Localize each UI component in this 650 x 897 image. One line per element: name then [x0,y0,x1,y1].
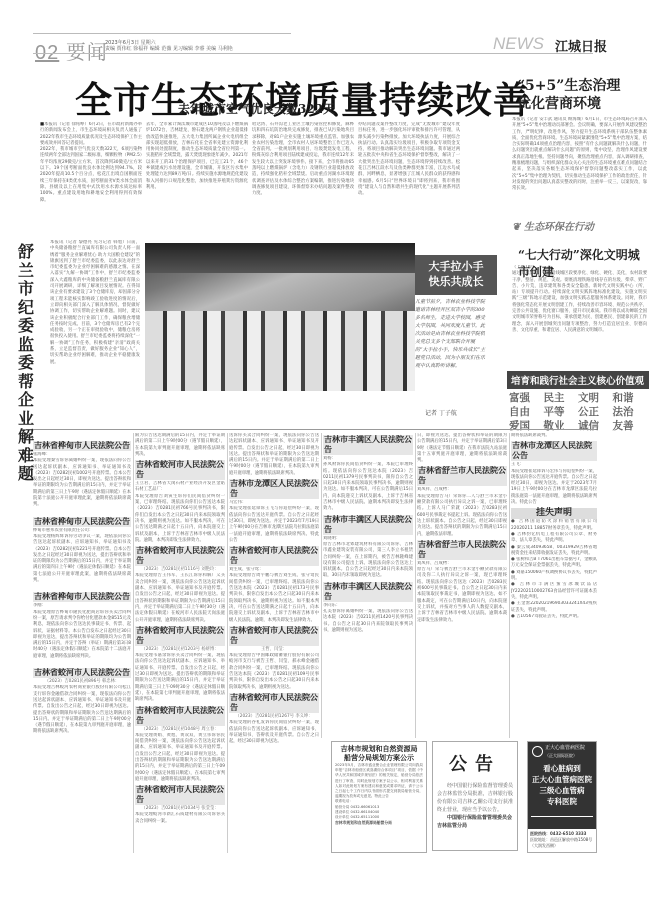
notice-body: 本院受理崔延锋诉王飞与你追偿纠纷一案，现依法向你公告送达开庭传票。自公告之日起经… [229,506,319,544]
planning-signature: 吉林市规划和自然资源局船营分局 [335,820,423,825]
photo-ceiling [145,243,415,273]
notice-title: 吉林省桦甸市人民法院公告 [33,592,131,602]
value-item: 敬业 [544,419,579,433]
notice-title: 吉林市龙潭区人民法院公告 [511,441,597,461]
lost-item-text: 刘嘉150060产权调换协议书丢失，特此声明。 [511,570,597,581]
notice-body: 原告马广荣与被告舒兰市禾金小额贷款有限公司及你二人执行异议之诉一案，现已审理终结… [417,567,507,624]
leaf-icon: ❦ [512,222,520,233]
notices-column-2: 限为公告送达期满后的15日内，并定于举证期满后的第二日上午9时00分（遇节假日顺… [135,433,225,853]
lost-item-text: 吉林市丰满区蜜雪冰城饮品店JY22202110002763食品经营许可证副本丢失… [511,582,597,600]
notice-body: 本院受理杨辉辉诉你劳动争议一案，现依法向你公告送达起诉状副本、应诉通知书、举证通… [33,534,131,584]
lead-paragraph: 2022年，我市城市空气优良天数322天，6项污染物连续两年全部达到国家二级标准… [40,147,142,202]
notice-title: 吉林市龙潭区人民法院公告 [229,479,319,499]
notice-body: 本院受理原告刘寅生诉你们民间借贷纠纷一案，已审理终结。现依法向你们公告送达本院（… [135,494,225,544]
lost-notice-item: ● 王金蕾220202196903033241X43残疾证丢失，特此声明。 [511,601,597,614]
ecg-line-icon [531,809,593,817]
notices-column-1: 吉林省桦甸市人民法院公告 张海峰： 本院受理秦雪诉你离婚纠纷一案，现依法向你公告… [33,433,131,741]
notice-body: 本院受理原告王伟军、王长江诉你和解广义买卖合同纠纷一案，现依法向你公告送达起诉状… [135,573,225,623]
notice-title: 吉林省蛟河市人民法院公告 [135,626,225,646]
notices-column-4: 吉林市丰满区人民法院公告 刘杨： 孙凤财诉你民间借贷纠纷一案，本院已审理终结。现… [323,433,413,738]
hospital-slogan-4: 专科医院 [531,796,593,807]
planning-title-line1: 吉林市规划和自然资源局 [335,745,423,754]
notice-title: 吉林省蛟河市人民法院公告 [135,460,225,480]
notice-title: 吉林省蛟河市人民法院公告 [135,546,225,566]
notice-body: 原告吉林市北郊建筑材料有限公司诉你、吉林市鑫业建筑安装有限公司，第三人李立书租赁… [323,542,413,580]
column-rule [227,433,228,853]
edition-meta: 2023年6月3日 星期六 责编 贾伟红 徐福祥 编辑 范薇 见习编辑 李睿 美… [105,40,233,52]
notice-body: 本院受理崔延锋诉马宏伟与你追偿纠纷一案，现依法向你公告送达开庭传票。自公告之日起… [511,469,597,507]
value-item: 民主 [544,391,579,405]
notice-title: 吉林市丰满区人民法院公告 [323,435,413,455]
hospital-slogan-2: 正大心血管病医院 [531,774,593,785]
photo-title-line1: 大手拉小手 [421,259,491,274]
notice-title: 吉林省蛟河市人民法院公告 [229,626,319,646]
value-item: 文明 [578,391,613,405]
eco-action-banner: ❦ 生态环保在行动 [512,218,594,233]
lead-paragraph: 哈达湾、石井沟老工业区土壤污染管控和修复，麻桦坑和四石坑防治地块完成修复，排查已… [252,122,354,196]
hospital-name: 正大心血管病医院 [545,745,593,752]
notice-body: 本院受理韦嘉余诉你买卖合同纠纷一案，现依法向你公告送达起诉状副本、应诉通知书、举… [135,653,225,703]
hospital-contact: 医院热线：0432-6510 3333 医院地址：昌邑区解放中路1508号（大润… [528,829,596,851]
notice-continued: 日，即视为送达。提出答辩状和举证的期限为公告期满后的15日内，并定于举证期满后第… [417,433,507,464]
notice-title: 吉林省蛟河市人民法院公告 [135,706,225,726]
notice-body: 本院受理黄娟、黄旭、黄双双、黄立伟诉你民间借贷纠纷一案，现依法向你公告送达起诉状… [135,733,225,783]
eco-banner-text: 生态环保在行动 [524,222,594,233]
section-divider [33,429,595,430]
value-item: 自由 [509,405,544,419]
lead-subheadline: 去年城市空气优良天数322天 [178,100,335,117]
notice-title: 吉林省蛟河市人民法院公告 [33,668,131,678]
value-item: 爱国 [509,419,544,433]
lost-item-text: 秦云成34093658、00319929吉林省地税资金往来结算收据发证丢失，特此… [511,545,597,556]
hotline-label: 医院热线： [530,831,550,836]
notice-title: 吉林省舒兰市人民法院公告 [417,466,507,486]
news-label: NEWS [493,34,544,54]
hospital-ad-banner: 正大心血管病医院 （正大国际医院） 看心脏病到 正大心血管病医院 三级心血管病 … [528,742,596,829]
lost-item-text: 王金蕾220202196903033241X43残疾证丢失，特此声明。 [511,601,597,612]
notice-body: 本院受理蛟河市新汇石质建材有限公司诉你买卖合同纠纷一案。 [135,812,225,825]
lost-notice-item: ● 张树和吉B T7061出租车票据号7，金额贰万元安全保证金票据丢失，特此声明… [511,557,597,570]
value-item: 诚信 [578,419,613,433]
header-rule-bottom [33,53,593,54]
side-headline-line2: 优化营商环境 [517,95,647,113]
notices-column-3: 送诉你买卖合同纠纷一案，现依法向你公告送达起诉状副本、应诉通知书、举证通知书及开… [229,433,319,853]
lost-item-text: 吉林国道防火涂料销售有限公司22020211 18857财务章丢失，特此声明。 [511,519,597,530]
hospital-slogan-1: 看心脏病到 [531,763,593,774]
notice-body: 本院受理原告周宇鹏与被告刘生成、张守莺民间借贷纠纷一案，已审理终结。现依法向你公… [229,573,319,623]
hotline-number: 0432-6510 3333 [550,831,586,836]
core-values-box: 培育和践行社会主义核心价值观 富强 民主 文明 和谐 自由 平等 公正 法治 爱… [507,371,649,435]
core-values-title: 培育和践行社会主义核心价值观 [507,371,649,389]
lost-notice-item: ● 刘嘉150060产权调换协议书丢失，特此声明。 [511,570,597,583]
lead-column-1: ■本报讯（记者 徐铭峥）6月2日，在市政府新闻办举行的新闻发布会上，市生态环境局… [40,122,142,230]
hospital-logo-icon [532,746,543,757]
lead-column-2: 去年，全市累计淘汰城市建成区10蒸吨及以下燃煤锅炉1072台，吉林建龙、磐石建龙… [146,122,248,230]
notice-body: 本院受理吉林蛟河农村商业银行股份有限公司松江支行诉你金融借款合同纠纷一案，现依法… [33,685,131,735]
lead-byline: 本报讯（记者 徐铭峥）6月2日，在市政府新闻办举行的新闻发布会上，市生态环境局相… [40,122,142,146]
notice-continued: 送诉你买卖合同纠纷一案，现依法向你公告送达起诉状副本、应诉通知书、举证通知书及开… [229,433,319,477]
hospital-ad: 正大心血管病医院 （正大国际医院） 看心脏病到 正大心血管病医院 三级心血管病 … [527,741,597,853]
notice-body: 本院受理原告桦甸市隆民化肥商店诉你买卖合同纠纷一案，原告请求判令你给付化肥款本金… [33,610,131,660]
column-rule [415,433,416,738]
lost-item-text: 吉林豹亿机电工程有限公司公章、财务章、法人章丢失，特此声明。 [511,532,597,543]
shulan-body: 本报讯（记者 黎德亮 见习记者 韩旭）日前，中央储备粮舒兰直属库有限公司负责人将… [50,240,140,426]
lead-paragraph: 去年，全市累计淘汰城市建成区10蒸吨及以下燃煤锅炉1072台，吉林建龙、磐石建龙… [146,122,248,190]
notices-column-5: 日，即视为送达。提出答辩状和举证的期限为公告期满后的15日内，并定于举证期满后第… [417,433,507,738]
side-story-headline: “5+5”生态治理 优化营商环境 [517,77,647,113]
lost-notice-item: ● 吉林市丰满区蜜雪冰城饮品店JY22202110002763食品经营许可证副本… [511,582,597,601]
announcement-box: 公告 经中国银行保险监督管理委员会吉林监管分局批准，吉林银行股份有限公司吉林乙酮… [432,741,518,851]
continued-note: （上接1版） [512,265,536,270]
notice-addressee: 王立君、吉林省天岗石材产业经济开发区金皓石材工艺品厂： [135,481,225,494]
photo-title-line2: 快乐共成长 [421,274,491,289]
notice-title: 吉林省桦甸市人民法院公告 [33,441,131,451]
planning-title: 吉林市规划和自然资源局 船营分局规划方案公示 [335,745,423,763]
address-label: 医院地址： [530,837,550,842]
notices-column-6: 期将依法缺席裁判。 吉林市龙潭区人民法院公告 王飞： 本院受理崔延锋诉马宏伟与你… [511,433,597,738]
page-section: 02 要闻 [35,36,108,65]
news-photo-children-museum [145,243,415,391]
side-headline-line1: “5+5”生态治理 [517,77,647,95]
lead-paragraph: 办结问题及案件整改力度，完成“无废城市”建设年度目标任务，进一步强化环评审批和排… [358,122,460,196]
planning-body: 2023年5月，吉林市盛业聚合企业管理有限公司向我局申报“吉林市船营区欢喜湖综合… [335,763,423,799]
photo-reporter: 记者 丁子航 [425,408,457,417]
planning-title-line2: 船营分局规划方案公示 [335,754,423,763]
civilization-body: （上接1版） 通过专项治理，铁路沿线城区段要净化、绿化、硬化、美化，农村段要干净… [512,265,647,369]
value-item: 公正 [578,405,613,419]
planning-notice-box: 吉林市规划和自然资源局 船营分局规划方案公示 2023年5月，吉林市盛业聚合企业… [331,741,427,853]
column-rule [321,433,322,738]
value-item: 富强 [509,391,544,405]
editor-credits: 责编 贾伟红 徐福祥 编辑 范薇 见习编辑 李睿 美编 马利艳 [105,46,233,52]
announcement-signature: 中国银行保险监督管理委员会吉林监管分局 [437,814,513,830]
lost-notice-item: ● 秦云成34093658、00319929吉林省地税资金往来结算收据发证丢失，… [511,545,597,558]
column-rule [133,433,134,853]
photo-feature-title: 大手拉小手 快乐共成长 [415,255,497,295]
notice-title: 吉林省蛟河市人民法院公告 [229,693,319,713]
notice-title: 吉林省舒兰市人民法院公告 [417,540,507,560]
lead-column-3: 哈达湾、石井沟老工业区土壤污染管控和修复，麻桦坑和四石坑防治地块完成修复，排查已… [252,122,354,230]
photo-caption: 儿童节前夕，吉林农业科技学院邀请吉林经开区双吉小学的300多名师生，走进大学校园… [415,298,487,370]
notice-addressee: （2023）吉0281民初1048号 周立春： [135,727,225,733]
lead-column-4: 办结问题及案件整改力度，完成“无废城市”建设年度目标任务，进一步强化环评审批和排… [358,122,460,230]
hospital-name-sub: （正大国际医院） [545,752,593,759]
value-item: 法治 [613,405,648,419]
notice-body: 本院受理原告中国邮政储蓄银行股份有限公司蛟河市支行与被告王哲、闫莹、郝永峰金融借… [229,653,319,691]
notice-body: 孔美春诉你离婚纠纷一案，现依法向你公告送达本院（2023）吉0211民初1420… [323,609,413,634]
value-item: 友善 [613,419,648,433]
lost-item-text: 张树和吉B T7061出租车票据号7，金额贰万元安全保证金票据丢失，特此声明。 [511,557,597,568]
lost-notice-title: 挂失声明 [511,508,597,519]
value-item: 和谐 [613,391,648,405]
notice-body: 孙凤财诉你民间借贷纠纷一案，本院已审理终结。现依法向你公告送达本院（2023）吉… [323,462,413,512]
notice-title: 吉林省蛟河市人民法院公告 [229,546,319,566]
civilization-text: 通过专项治理，铁路沿线城区段要净化、绿化、硬化、美化，农村段要干净、整洁、规范、… [512,271,647,333]
column-rule [509,433,510,738]
notice-body: 本院受理原告马广荣诉你二人与舒兰市禾金小额贷款有限公司执行异议之诉一案，已审理终… [417,494,507,538]
notice-body: 本院受理的谷礼发诉你民间借贷纠纷一案，现依法向你公告送达起诉状副本、应诉通知书、… [229,720,319,745]
announcement-title: 公告 [437,750,513,776]
notice-title: 吉林市丰满区人民法院公告 [323,582,413,602]
notice-title: 吉林省桦甸市人民法院公告 [33,517,131,527]
side-story-body: 本报讯（记者 安丰武 通讯员 顾海城）6月1日，市生态环境局召开深入开展“5+5… [512,117,647,215]
notice-title: 吉林市丰满区人民法院公告 [323,515,413,535]
notice-continued: 限为公告送达期满后的15日内，并定于举证期满后的第二日上午9时00分（遇节假日顺… [135,433,225,458]
notice-title: 吉林省蛟河市人民法院公告 [135,785,225,805]
notice-continued: 期将依法缺席裁判。 [511,433,597,439]
lost-notice-item: ● 吉10567驾驶证丢失，特此声明。 [511,614,597,620]
notice-body: 本院受理秦雪诉你离婚纠纷一案，现依法向你公告送达起诉状副本、应诉通知书、举证通知… [33,458,131,508]
announcement-body: 经中国银行保险监督管理委员会吉林监管分局批准，吉林银行股份有限公司吉林乙酮公司支… [437,782,513,814]
lost-notice-item: ● 吉林豹亿机电工程有限公司公章、财务章、法人章丢失，特此声明。 [511,532,597,545]
header-rule-top [33,33,291,34]
lost-notice-item: ● 吉林国道防火涂料销售有限公司22020211 18857财务章丢失，特此声明… [511,519,597,532]
hospital-slogan-3: 三级心血管病 [531,785,593,796]
value-item: 平等 [544,405,579,419]
lost-item-text: 吉10567驾驶证丢失，特此声明。 [516,614,581,619]
photo-children [145,311,415,391]
